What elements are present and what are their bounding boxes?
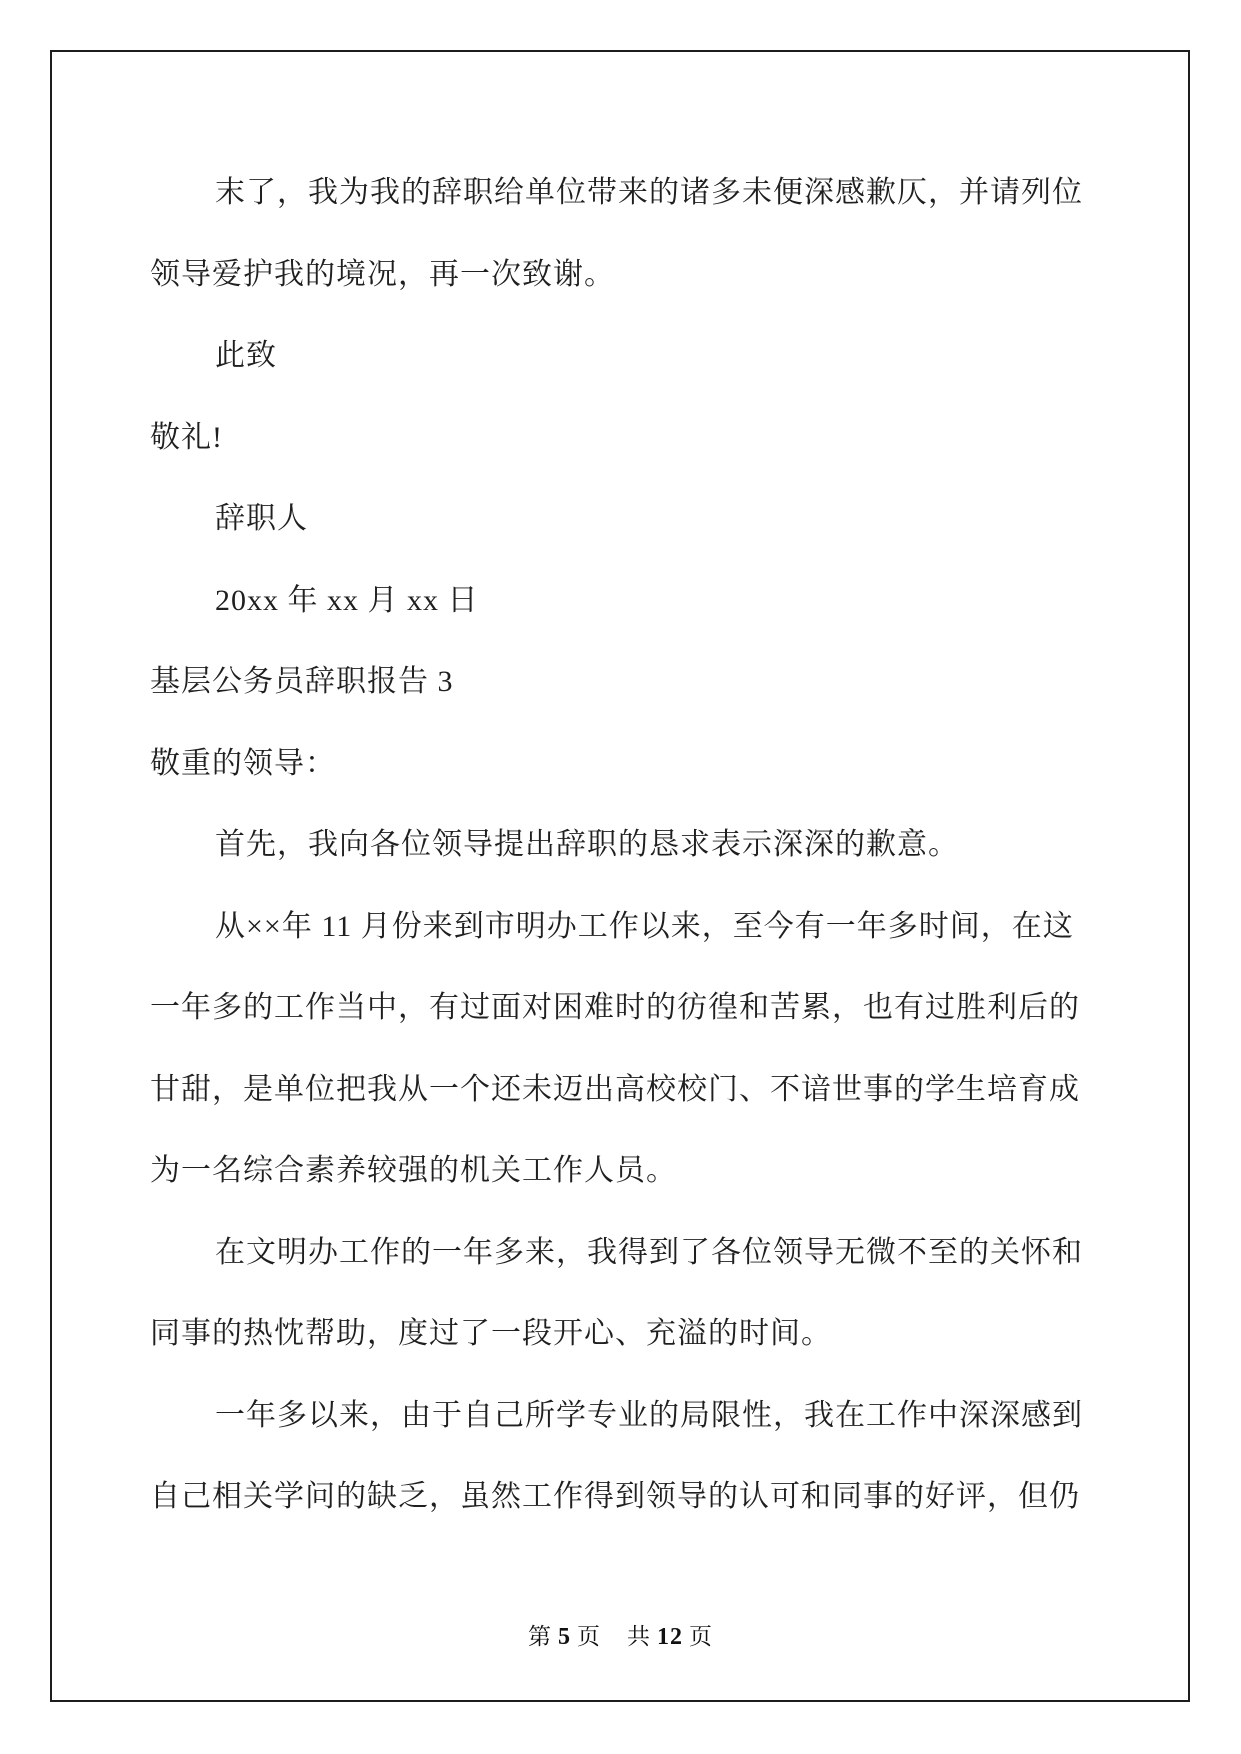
total-page-number: 12 xyxy=(651,1624,689,1650)
date-line: 20xx 年 xx 月 xx 日 xyxy=(150,560,1091,642)
paragraph-line: 一年多的工作当中，有过面对困难时的彷徨和苦累，也有过胜利后的 xyxy=(150,967,1091,1049)
paragraph-line: 末了，我为我的辞职给单位带来的诸多未便深感歉仄，并请列位 xyxy=(150,152,1091,234)
closing-line: 此致 xyxy=(150,315,1091,397)
footer-label-ye2: 页 xyxy=(689,1624,713,1649)
paragraph-line: 同事的热忱帮助，度过了一段开心、充溢的时间。 xyxy=(150,1293,1091,1375)
document-page: 末了，我为我的辞职给单位带来的诸多未便深感歉仄，并请列位 领导爱护我的境况，再一… xyxy=(0,0,1241,1754)
paragraph-line: 领导爱护我的境况，再一次致谢。 xyxy=(150,234,1091,316)
paragraph-line: 从××年 11 月份来到市明办工作以来，至今有一年多时间，在这 xyxy=(150,886,1091,968)
section-title: 基层公务员辞职报告 3 xyxy=(150,641,1091,723)
salutation-line: 敬重的领导： xyxy=(150,723,1091,805)
paragraph-line: 甘甜，是单位把我从一个还未迈出高校校门、不谙世事的学生培育成 xyxy=(150,1049,1091,1131)
footer-label-di: 第 xyxy=(528,1624,552,1649)
signer-line: 辞职人 xyxy=(150,478,1091,560)
paragraph-line: 自己相关学问的缺乏，虽然工作得到领导的认可和同事的好评，但仍 xyxy=(150,1456,1091,1538)
paragraph-line: 为一名综合素养较强的机关工作人员。 xyxy=(150,1130,1091,1212)
paragraph-line: 在文明办工作的一年多来，我得到了各位领导无微不至的关怀和 xyxy=(150,1212,1091,1294)
current-page-number: 5 xyxy=(552,1624,577,1650)
footer-label-gong: 共 xyxy=(627,1624,651,1649)
paragraph-line: 首先，我向各位领导提出辞职的恳求表示深深的歉意。 xyxy=(150,804,1091,886)
salute-line: 敬礼! xyxy=(150,397,1091,479)
paragraph-line: 一年多以来，由于自己所学专业的局限性，我在工作中深深感到 xyxy=(150,1375,1091,1457)
footer-label-ye1: 页 xyxy=(577,1624,601,1649)
page-number-footer: 第5页共12页 xyxy=(0,1618,1241,1651)
document-content: 末了，我为我的辞职给单位带来的诸多未便深感歉仄，并请列位 领导爱护我的境况，再一… xyxy=(150,152,1091,1538)
